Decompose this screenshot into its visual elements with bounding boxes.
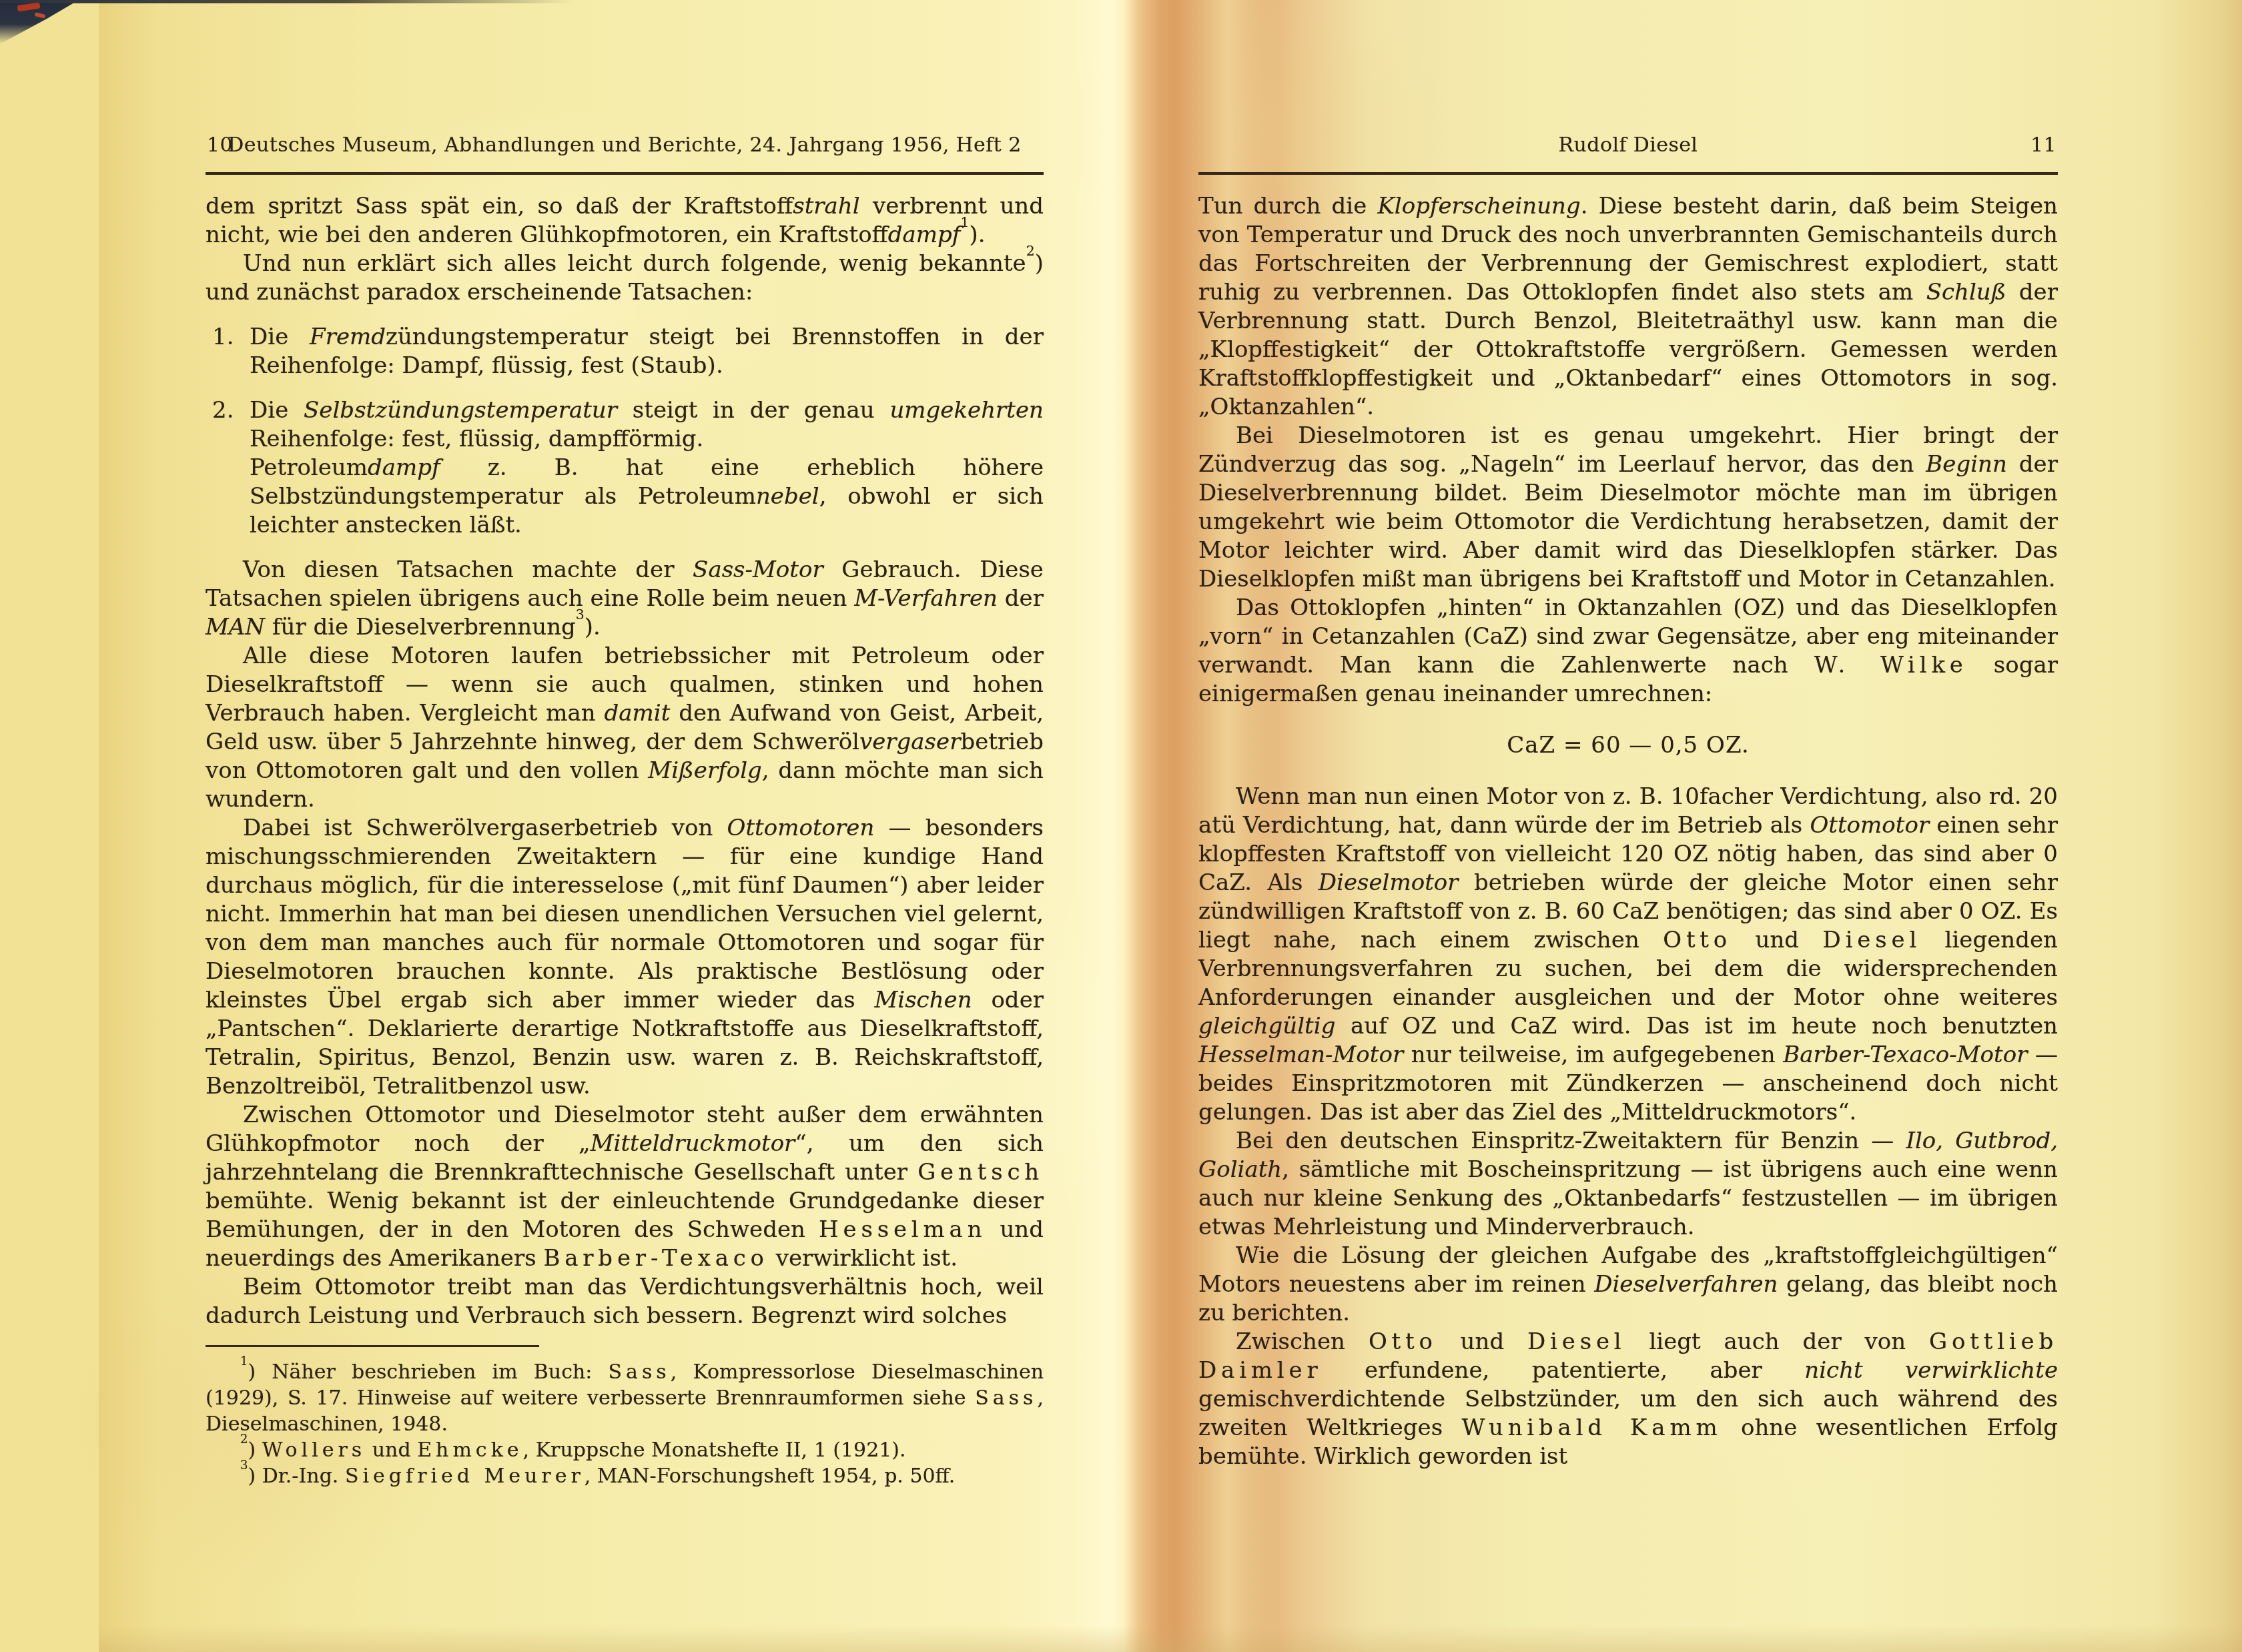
text-run: ). [585, 614, 601, 641]
footnote: 3) Dr.-Ing. Siegfried Meurer, MAN-Forsch… [206, 1463, 1044, 1489]
emphasized-text: W. Wilke [1814, 652, 1968, 679]
page-number: 10 [207, 133, 233, 157]
emphasized-text: Hesselman-Motor [1198, 1042, 1403, 1068]
emphasized-text: Fremd [310, 324, 386, 350]
emphasized-text: Mischen [874, 987, 972, 1013]
right-running-head: Rudolf Diesel 11 [1198, 133, 2058, 164]
paragraph: Zwischen Ottomotor und Dieselmotor steht… [206, 1101, 1044, 1273]
text-run: , sämtliche mit Boscheinspritzung — ist … [1198, 1156, 2058, 1240]
emphasized-text: vergaser [859, 729, 960, 755]
emphasized-text: strahl [793, 193, 859, 220]
text-run: liegt auch der von [1626, 1328, 1929, 1355]
emphasized-text: nicht verwirklichte [1804, 1357, 2058, 1384]
footnote-section: 1) Näher beschrieben im Buch: Sass, Komp… [206, 1345, 1044, 1489]
emphasized-text: Wunibald Kamm [1462, 1414, 1722, 1441]
emphasized-text: Otto [1663, 927, 1732, 953]
emphasized-text: Sass-Motor [693, 556, 823, 583]
text-run: nur teilweise, im aufgegebenen [1403, 1042, 1783, 1068]
emphasized-text: Dieselverfahren [1594, 1271, 1778, 1298]
text-run: dem spritzt Sass spät ein, so daß der Kr… [206, 193, 793, 220]
text-run: Von diesen Tatsachen machte der [243, 556, 693, 583]
emphasized-text: MAN [206, 614, 265, 641]
text-run: verwirklicht ist. [769, 1245, 958, 1272]
text-run: Und nun erklärt sich alles leicht durch … [243, 250, 1026, 277]
text-run: Die [250, 397, 304, 424]
emphasized-text: damit [604, 700, 670, 727]
text-run: , MAN-Forschungsheft 1954, p. 50ff. [585, 1465, 956, 1488]
list-number: 1. [212, 323, 234, 352]
right-page-body: Tun durch die Klopferscheinung. Diese be… [1198, 192, 2058, 1471]
emphasized-text: Sass [975, 1386, 1037, 1410]
header-rule [1198, 172, 2058, 175]
right-page: Rudolf Diesel 11 Tun durch die Klopfersc… [1198, 133, 2058, 1471]
emphasized-text: Gentsch [917, 1159, 1044, 1186]
footnote: 2) Wollers und Ehmcke, Kruppsche Monatsh… [206, 1437, 1044, 1463]
emphasized-text: Diesel [1527, 1328, 1626, 1355]
paragraph: Alle diese Motoren laufen betriebssicher… [206, 642, 1044, 814]
running-title: Deutsches Museum, Abhandlungen und Beric… [206, 133, 1044, 157]
footnote-ref: 3 [240, 1459, 248, 1473]
text-run: , Kruppsche Monatshefte II, 1 (1921). [523, 1438, 906, 1462]
header-rule [206, 172, 1044, 175]
footnote-ref: 2 [1026, 243, 1035, 259]
text-run: Reihenfolge: fest, flüssig, dampfförmig. [250, 426, 703, 452]
left-running-head: 10 Deutsches Museum, Abhandlungen und Be… [206, 133, 1044, 164]
text-run: Tun durch die [1198, 193, 1377, 220]
emphasized-text: Schluß [1926, 279, 2006, 306]
text-run: ) Näher beschrieben im Buch: [248, 1360, 608, 1384]
paragraph: Wie die Lösung der gleichen Aufgabe des … [1198, 1242, 2058, 1328]
footnote-list: 1) Näher beschrieben im Buch: Sass, Komp… [206, 1359, 1044, 1489]
text-run: Bei den deutschen Einspritz-Zweitaktern … [1236, 1128, 1906, 1154]
emphasized-text: umgekehrten [889, 397, 1044, 424]
book-spread: 10 Deutsches Museum, Abhandlungen und Be… [0, 0, 2242, 1652]
list-item: 1.Die Fremdzündungstemperatur steigt bei… [206, 323, 1044, 380]
emphasized-text: Klopferscheinung [1377, 193, 1580, 220]
paragraph: Bei Dieselmotoren ist es genau umgekehrt… [1198, 422, 2058, 594]
paragraph: Bei den deutschen Einspritz-Zweitaktern … [1198, 1127, 2058, 1242]
text-run: und [366, 1438, 417, 1462]
text-run: ) [248, 1438, 262, 1462]
emphasized-text: Wollers [262, 1438, 366, 1462]
paragraph: Zwischen Otto und Diesel liegt auch der … [1198, 1328, 2058, 1471]
emphasized-text: dampf [888, 222, 961, 248]
paragraph: Und nun erklärt sich alles leicht durch … [206, 250, 1044, 307]
emphasized-text: Mißerfolg [648, 757, 761, 784]
text-run: für die Dieselverbrennung [265, 614, 576, 641]
text-run: steigt in der genau [617, 397, 889, 424]
left-page: 10 Deutsches Museum, Abhandlungen und Be… [206, 133, 1044, 1489]
text-run: erfundene, patentierte, aber [1323, 1357, 1805, 1384]
footnote-ref: 1 [960, 214, 969, 230]
text-run: der [998, 585, 1044, 612]
text-run: und [1732, 927, 1822, 953]
emphasized-text: Hesselman [819, 1216, 986, 1243]
footnote: 1) Näher beschrieben im Buch: Sass, Komp… [206, 1359, 1044, 1437]
paragraph: Beim Ottomotor treibt man das Verdichtun… [206, 1273, 1044, 1330]
page-number: 11 [2030, 133, 2057, 157]
footnote-ref: 3 [576, 606, 585, 623]
paragraph: Das Ottoklopfen „hinten“ in Oktanzahlen … [1198, 594, 2058, 709]
emphasized-text: dampf [368, 454, 440, 481]
list-continuation: Petroleumdampf z. B. hat eine erheblich … [206, 454, 1044, 540]
emphasized-text: Sass [609, 1360, 671, 1384]
text-run: auf OZ und CaZ wird. Das ist im heute no… [1335, 1013, 2058, 1040]
footnote-ref: 2 [240, 1432, 248, 1447]
list-text: Die Fremdzündungstemperatur steigt bei B… [250, 324, 1044, 379]
text-run: CaZ = 60 — 0,5 OZ. [1507, 732, 1749, 759]
emphasized-text: Selbstzündungstemperatur [304, 397, 617, 424]
emphasized-text: Diesel [1823, 927, 1922, 953]
text-run: und [1437, 1328, 1527, 1355]
list-text: Die Selbstzündungstemperatur steigt in d… [250, 397, 1044, 452]
emphasized-text: Dieselmotor [1319, 869, 1459, 896]
text-run: ). [969, 222, 985, 248]
emphasized-text: Ottomotor [1810, 812, 1929, 839]
emphasized-text: Ehmcke [417, 1438, 522, 1462]
text-run: Dabei ist Schwerölvergaserbetrieb von [243, 815, 727, 841]
text-run: Petroleum [250, 454, 368, 481]
text-run: Beim Ottomotor treibt man das Verdichtun… [206, 1274, 1044, 1329]
emphasized-text: Siegfried Meurer [345, 1465, 585, 1488]
scan-top-edge [0, 0, 574, 3]
formula: CaZ = 60 — 0,5 OZ. [1198, 731, 2058, 760]
footnote-ref: 1 [240, 1354, 248, 1368]
paragraph: Wenn man nun einen Motor von z. B. 10fac… [1198, 783, 2058, 1127]
paragraph: Tun durch die Klopferscheinung. Diese be… [1198, 192, 2058, 422]
left-page-body: dem spritzt Sass spät ein, so daß der Kr… [206, 192, 1044, 1330]
running-title: Rudolf Diesel [1198, 133, 2058, 157]
text-run: Zwischen [1236, 1328, 1369, 1355]
paragraph: Dabei ist Schwerölvergaserbetrieb von Ot… [206, 814, 1044, 1101]
emphasized-text: gleichgültig [1198, 1013, 1335, 1040]
emphasized-text: Barber-Texaco [543, 1245, 768, 1272]
emphasized-text: Beginn [1926, 451, 2007, 478]
emphasized-text: Ottomotoren [727, 815, 875, 841]
emphasized-text: Barber-Texaco-Motor [1783, 1042, 2027, 1068]
paragraph: dem spritzt Sass spät ein, so daß der Kr… [206, 192, 1044, 250]
emphasized-text: nebel [756, 483, 819, 510]
paragraph: Von diesen Tatsachen machte der Sass-Mot… [206, 556, 1044, 642]
page-edge-stack [0, 0, 99, 1652]
list-number: 2. [212, 396, 234, 425]
emphasized-text: M-Verfahren [854, 585, 998, 612]
list-item: 2.Die Selbstzündungstemperatur steigt in… [206, 396, 1044, 454]
text-run: Die [250, 324, 310, 350]
text-run: ) Dr.-Ing. [248, 1465, 344, 1488]
emphasized-text: Mitteldruckmotor [591, 1130, 795, 1157]
emphasized-text: Otto [1369, 1328, 1437, 1355]
footnote-rule [206, 1345, 539, 1347]
text-run: — besonders mischungsschmierenden Zweita… [206, 815, 1044, 1013]
